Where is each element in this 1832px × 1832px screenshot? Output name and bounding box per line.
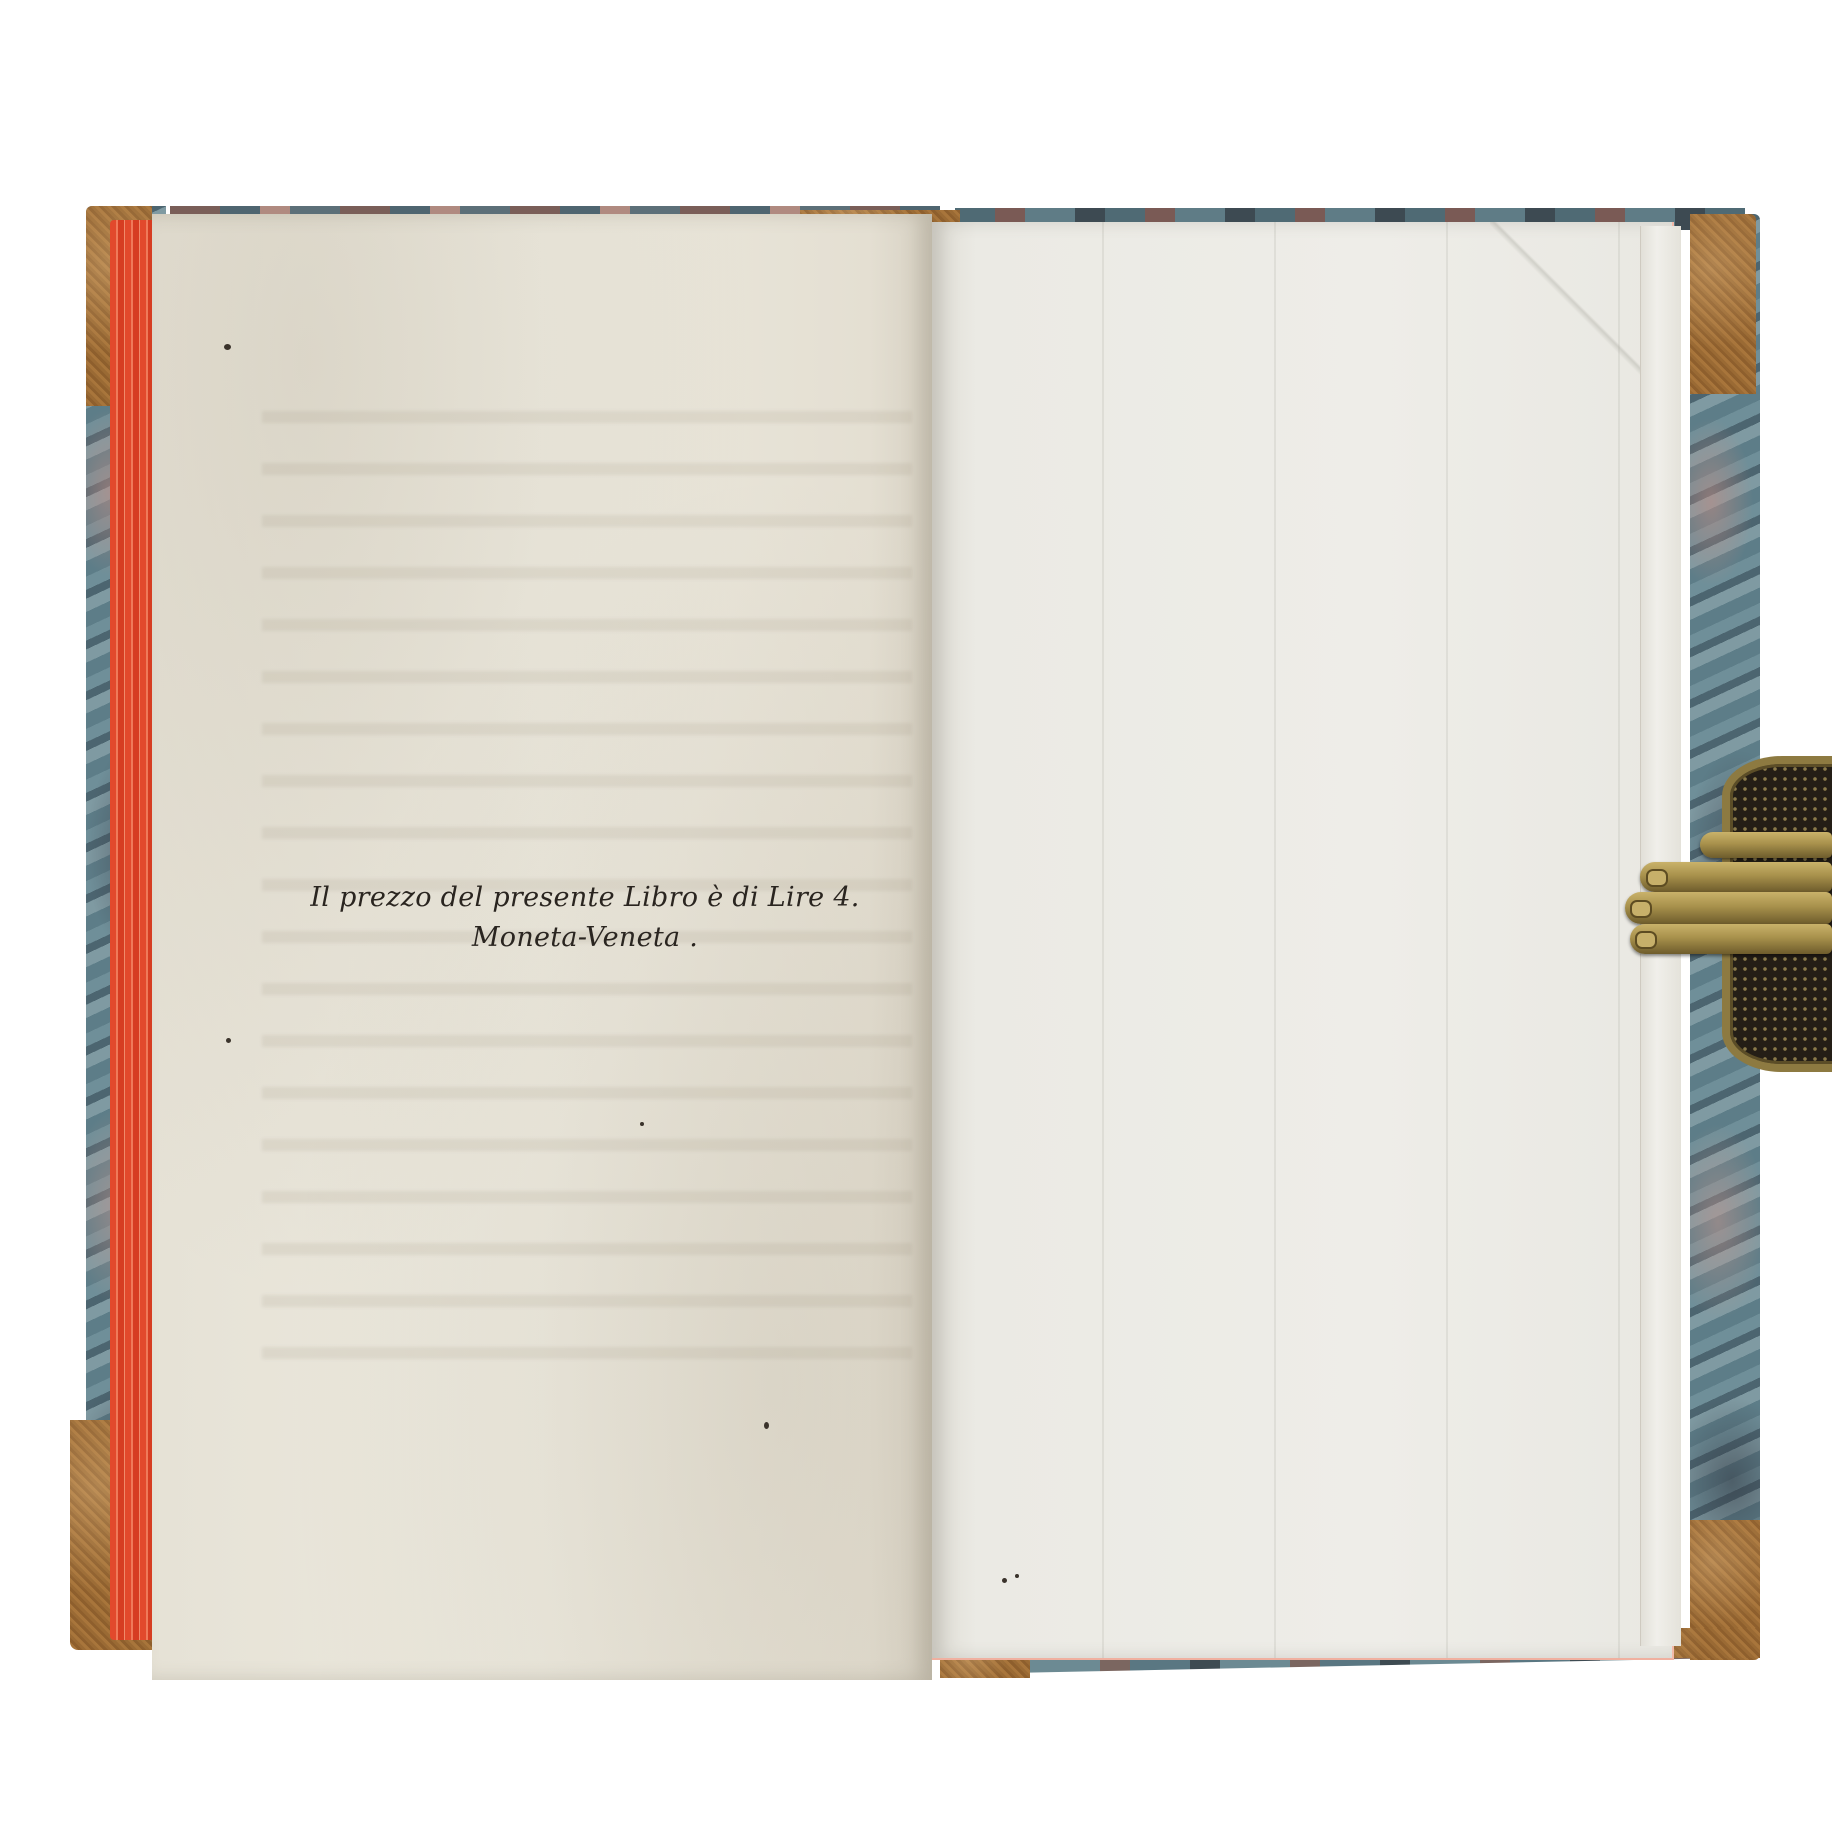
paper-speck [764, 1422, 769, 1429]
right-page-blank-endpaper [932, 222, 1674, 1660]
clasp-fingernail [1646, 869, 1668, 887]
clasp-thumb [1700, 832, 1832, 858]
clasp-finger [1625, 892, 1832, 924]
imprint-line-1: Il prezzo del presente Libro è di Lire 4… [250, 878, 910, 918]
book-photo: Il prezzo del presente Libro è di Lire 4… [0, 0, 1832, 1832]
clasp-finger [1640, 862, 1832, 892]
leather-corner-top-right [1690, 214, 1756, 394]
clasp-fingernail [1630, 900, 1652, 918]
paper-speck [224, 344, 231, 350]
paper-speck [640, 1122, 644, 1126]
paper-speck [1015, 1574, 1019, 1578]
price-imprint: Il prezzo del presente Libro è di Lire 4… [250, 878, 910, 958]
clasp-fingernail [1635, 931, 1657, 949]
clasp-finger [1630, 924, 1832, 954]
paper-speck [1002, 1578, 1007, 1583]
imprint-line-2: Moneta-Veneta . [250, 918, 910, 958]
paper-speck [226, 1038, 231, 1043]
